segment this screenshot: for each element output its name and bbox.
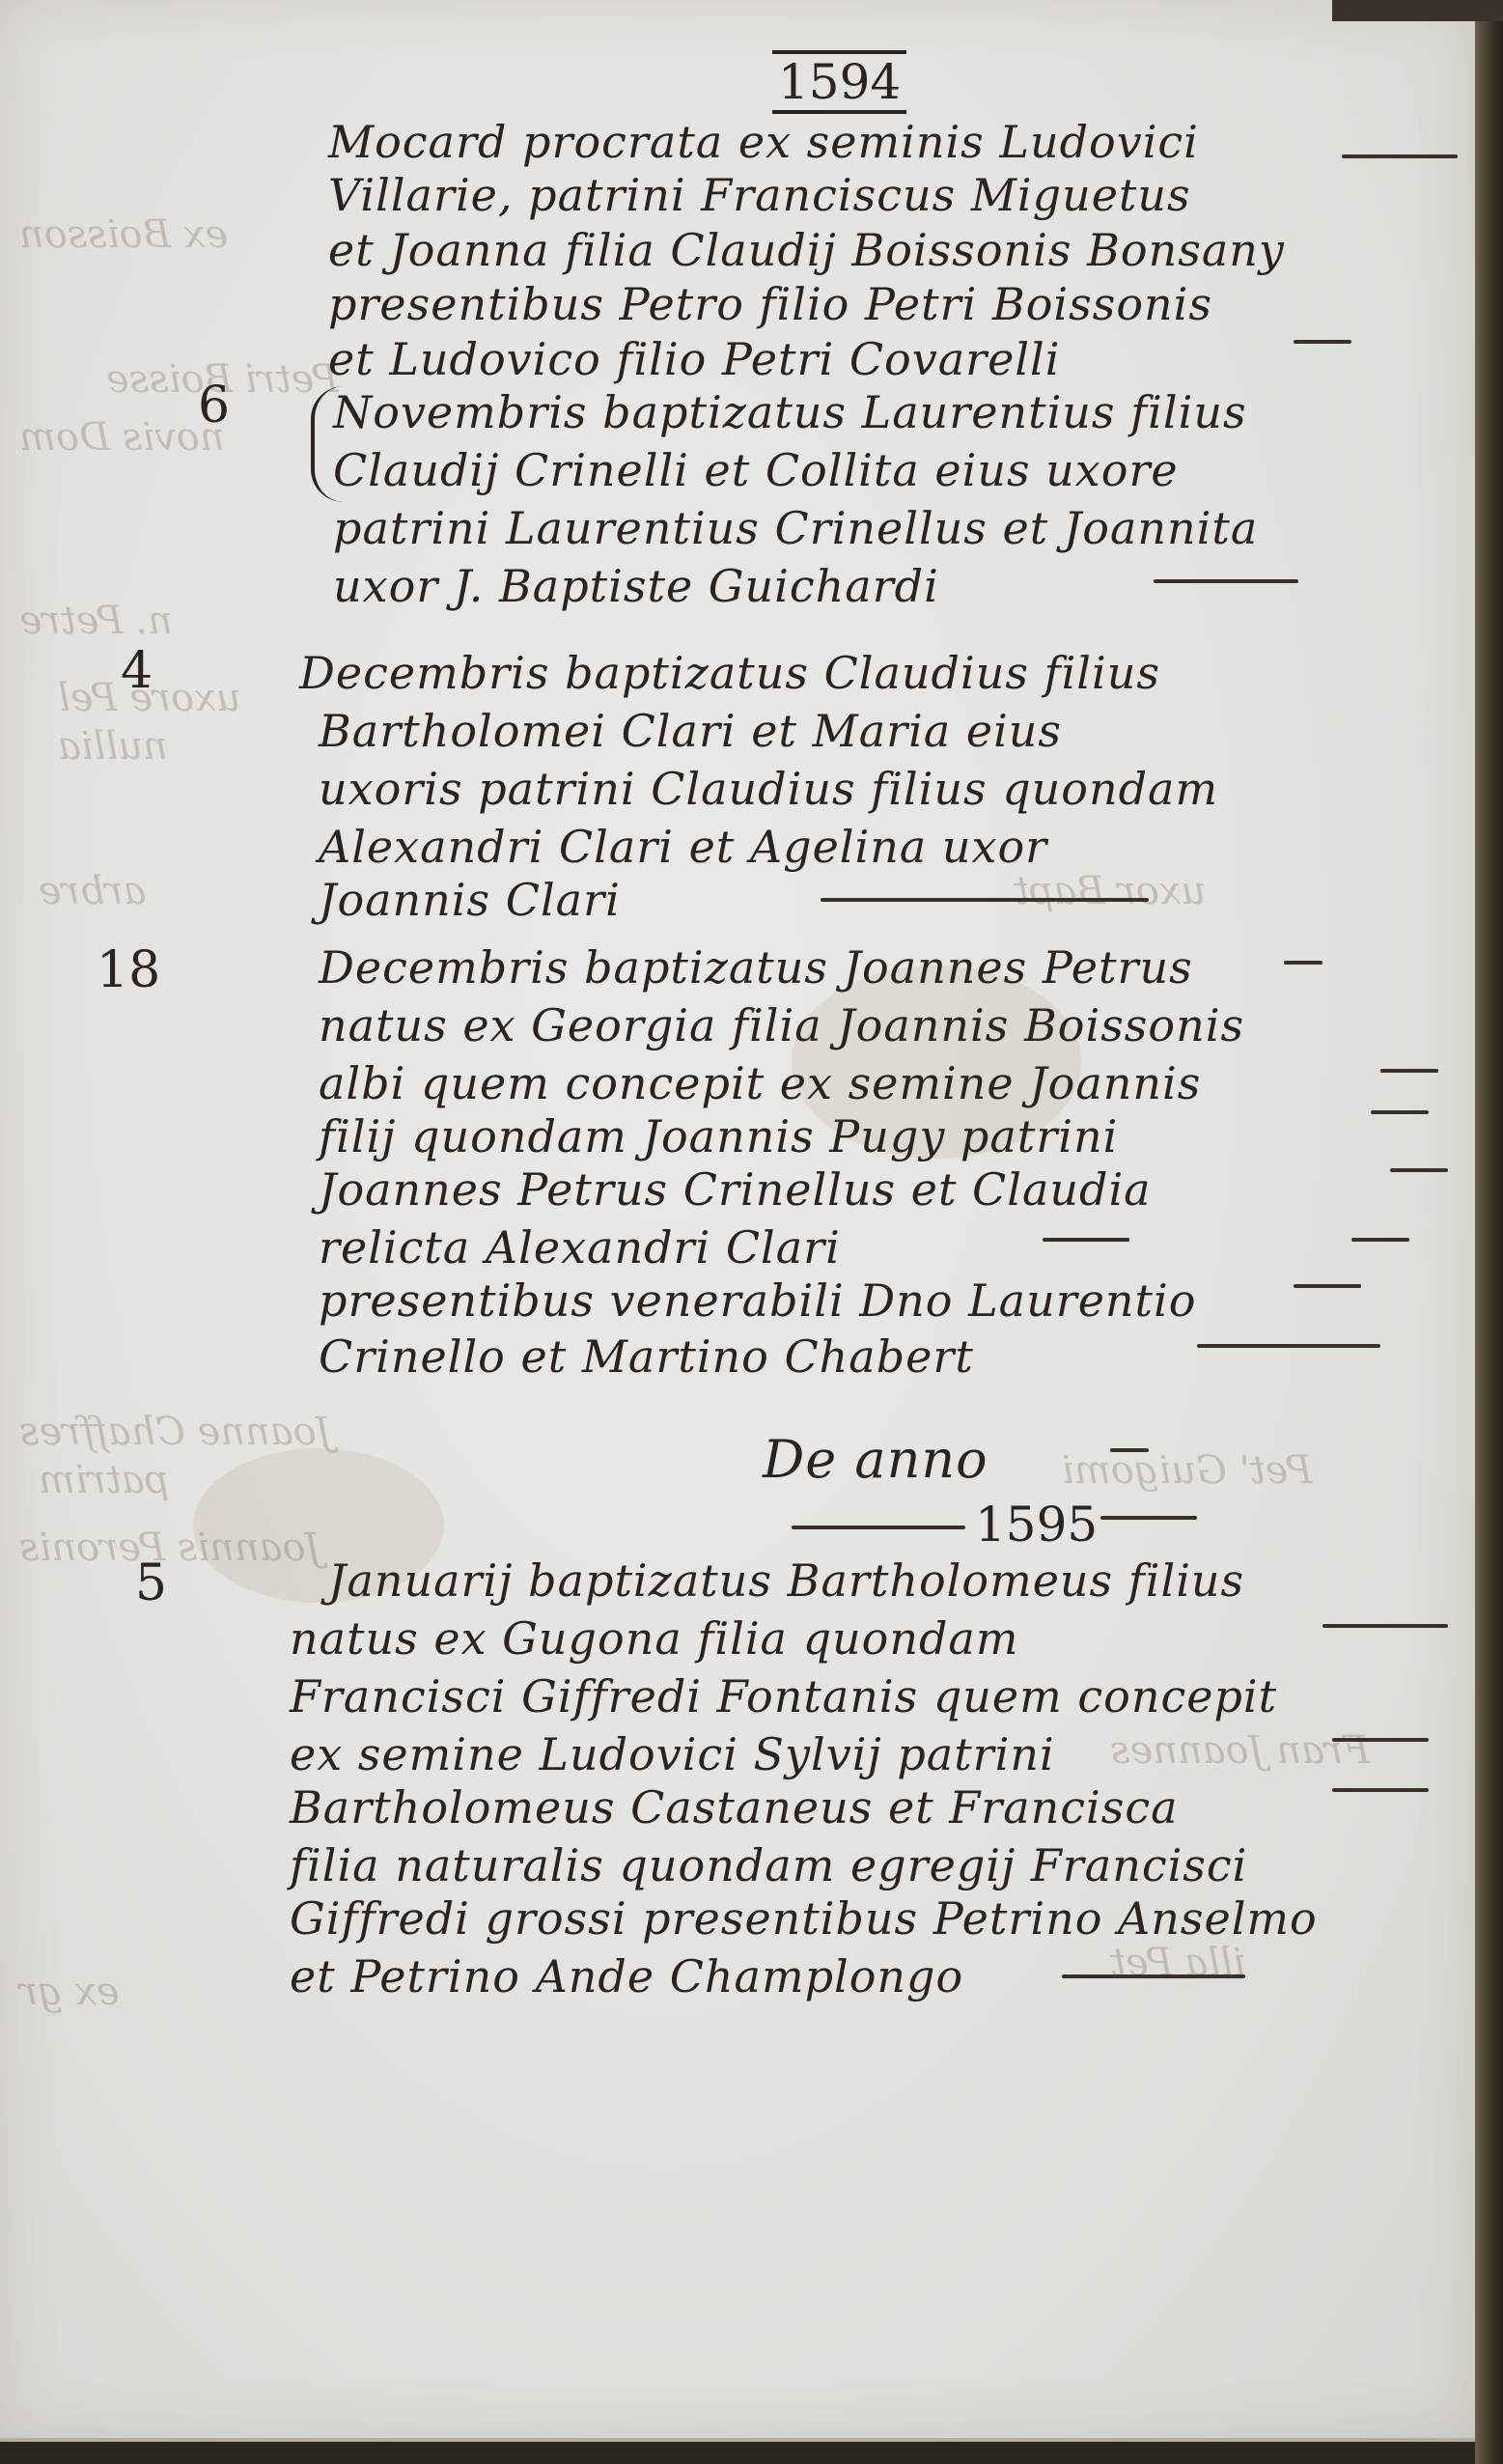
line-filler-dash — [792, 1526, 965, 1529]
bleed-through-text: Pet' Guigomi — [1062, 1448, 1313, 1493]
entry-line: Decembris baptizatus Joannes Petrus — [319, 941, 1193, 994]
bleed-through-text: novis Dom — [19, 415, 225, 460]
book-binding-edge — [1475, 0, 1503, 2464]
entry-line: natus ex Gugona filia quondam — [290, 1612, 1018, 1665]
manuscript-page: ex Boisson Petri Boisse novis Dom n. Pet… — [0, 0, 1481, 2442]
entry-line: et Petrino Ande Champlongo — [290, 1950, 963, 2002]
bleed-through-text: nullia — [58, 724, 168, 769]
line-filler-dash — [1342, 154, 1458, 158]
line-filler-dash — [1294, 340, 1351, 344]
entry-line: filia naturalis quondam egregij Francisc… — [290, 1839, 1247, 1891]
line-filler-dash — [1351, 1238, 1409, 1242]
entry-line: Claudij Crinelli et Collita eius uxore — [333, 444, 1179, 496]
bleed-through-text: illa Pet — [1110, 1941, 1245, 1985]
page-top-edge — [1332, 0, 1503, 21]
entry-line: relicta Alexandri Clari — [319, 1221, 841, 1274]
line-filler-dash — [821, 898, 1149, 902]
line-filler-dash — [1154, 579, 1298, 583]
section-heading: De anno — [763, 1429, 988, 1490]
entry-line: et Joanna filia Claudij Boissonis Bonsan… — [328, 224, 1285, 276]
margin-day-number: 6 — [198, 377, 230, 434]
line-filler-dash — [1043, 1238, 1129, 1242]
year-header: 1595 — [975, 1497, 1098, 1553]
bleed-through-text: patrim — [39, 1458, 169, 1502]
bleed-through-text: Joannis Peronis — [19, 1526, 321, 1570]
line-filler-dash — [1100, 1516, 1197, 1520]
entry-line: Januarij baptizatus Bartholomeus filius — [328, 1554, 1244, 1607]
bleed-through-text: Joanne Chaffres — [19, 1410, 332, 1454]
bleed-through-text: ex gr — [19, 1970, 120, 2014]
entry-line: patrini Laurentius Crinellus et Joannita — [333, 502, 1258, 554]
entry-line: Alexandri Clari et Agelina uxor — [319, 821, 1047, 873]
entry-line: Crinello et Martino Chabert — [319, 1330, 974, 1383]
bleed-through-text: Fran Joannes — [1110, 1728, 1370, 1773]
line-filler-dash — [1197, 1344, 1380, 1348]
entry-line: Francisci Giffredi Fontanis quem concepi… — [290, 1670, 1277, 1722]
bleed-through-text: n. Petre — [19, 599, 173, 643]
bleed-through-text: ex Boisson — [19, 212, 228, 257]
margin-day-number: 4 — [121, 642, 153, 700]
entry-line: Novembris baptizatus Laurentius filius — [333, 386, 1247, 438]
bleed-through-text: arbre — [39, 869, 146, 913]
line-filler-dash — [1390, 1168, 1448, 1172]
line-filler-dash — [1062, 1974, 1245, 1978]
line-filler-dash — [1332, 1738, 1429, 1742]
entry-line: Giffredi grossi presentibus Petrino Anse… — [290, 1892, 1318, 1945]
line-filler-dash — [1380, 1069, 1438, 1073]
margin-day-number: 5 — [135, 1554, 167, 1612]
entry-line: Mocard procrata ex seminis Ludovici — [328, 116, 1199, 168]
entry-line: et Ludovico filio Petri Covarelli — [328, 333, 1060, 385]
margin-day-number: 18 — [97, 941, 160, 999]
line-filler-dash — [1322, 1624, 1448, 1628]
entry-line: albi quem concepit ex semine Joannis — [319, 1057, 1201, 1109]
entry-line: Bartholomei Clari et Maria eius — [319, 705, 1062, 757]
entry-line: presentibus Petro filio Petri Boissonis — [328, 278, 1212, 330]
entry-line: Joannes Petrus Crinellus et Claudia — [319, 1163, 1152, 1216]
year-header: 1594 — [772, 50, 906, 114]
entry-line: ex semine Ludovici Sylvij patrini — [290, 1728, 1055, 1780]
line-filler-dash — [1284, 961, 1322, 965]
entry-line: Villarie, patrini Franciscus Miguetus — [328, 169, 1191, 221]
line-filler-dash — [1110, 1448, 1149, 1452]
entry-line: natus ex Georgia filia Joannis Boissonis — [319, 999, 1244, 1051]
entry-line: presentibus venerabili Dno Laurentio — [319, 1274, 1196, 1327]
entry-line: Joannis Clari — [319, 874, 621, 926]
line-filler-dash — [1294, 1284, 1361, 1288]
entry-line: uxor J. Baptiste Guichardi — [333, 560, 939, 612]
entry-line: uxoris patrini Claudius filius quondam — [319, 763, 1218, 815]
bleed-through-text: uxor Bapt — [1014, 869, 1206, 913]
entry-line: filij quondam Joannis Pugy patrini — [319, 1110, 1118, 1162]
entry-line: Bartholomeus Castaneus et Francisca — [290, 1781, 1179, 1834]
line-filler-dash — [1371, 1110, 1429, 1114]
entry-line: Decembris baptizatus Claudius filius — [299, 647, 1160, 699]
line-filler-dash — [1332, 1788, 1429, 1792]
